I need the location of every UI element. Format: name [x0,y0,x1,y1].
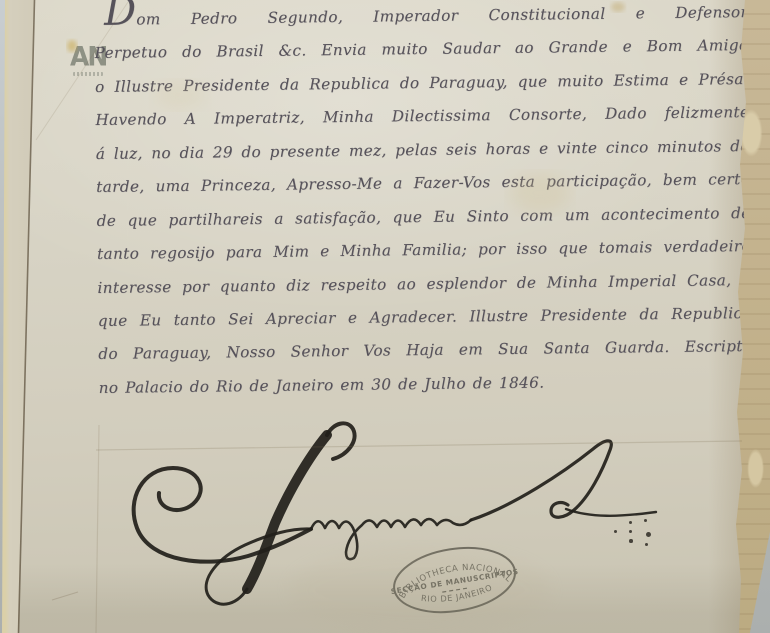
letter-line: no Palacio do Rio de Janeiro em 30 de Ju… [98,364,752,405]
ink-dot [614,530,617,533]
signature-capital-stem [247,435,327,589]
signature-grand-ascender [471,441,611,520]
signature-flourish-curl [134,468,311,562]
ink-dot [646,532,651,537]
ink-dot [629,521,632,524]
ink-dot [645,543,648,546]
signature-tail [566,509,656,516]
letter-body: Dom Pedro Segundo, Imperador Constitucio… [94,0,753,405]
letter-page: AN Dom Pedro Segundo, Imperador Constitu… [0,0,770,633]
ink-dot [629,530,632,533]
manuscript-photo: AN Dom Pedro Segundo, Imperador Constitu… [0,0,770,633]
signature-capital-top-curl [327,423,355,459]
signature-text: Imperador [0,0,1,1]
ink-dot [644,519,647,522]
ink-dot [629,539,633,543]
